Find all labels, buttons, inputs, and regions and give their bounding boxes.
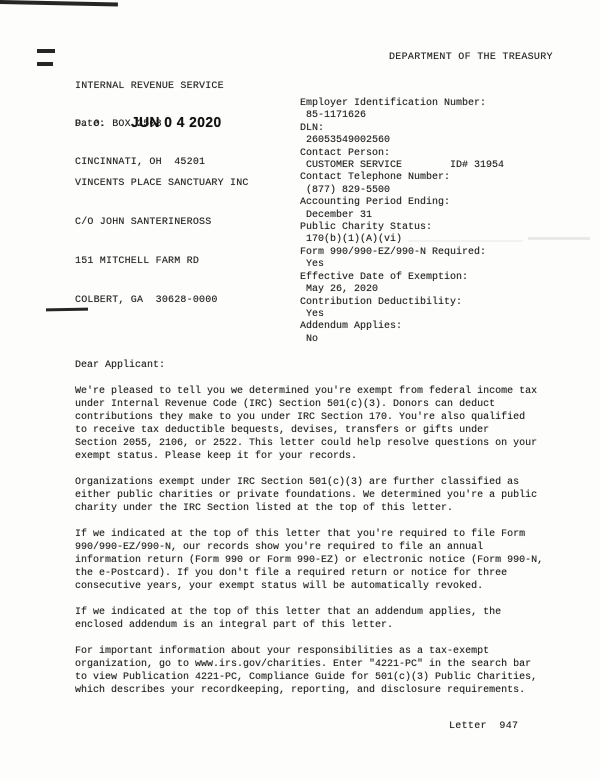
date-row: Date: JUN 0 4 2020: [75, 118, 230, 131]
info-field-contact-person: Contact Person: CUSTOMER SERVICEID# 3195…: [300, 148, 590, 173]
info-value: 85-1171626: [300, 110, 590, 122]
recipient-line: C/O JOHN SANTERINEROSS: [75, 216, 249, 229]
scan-artifact-dash: [37, 62, 53, 66]
info-label: Employer Identification Number:: [300, 98, 590, 110]
recipient-address: VINCENTS PLACE SANCTUARY INC C/O JOHN SA…: [75, 151, 249, 333]
info-field-form-990-required: Form 990/990-EZ/990-N Required: Yes: [300, 247, 590, 272]
info-label: Contact Person:: [300, 148, 590, 160]
info-label: Contribution Deductibility:: [300, 297, 590, 309]
department-title: DEPARTMENT OF THE TREASURY: [389, 52, 553, 63]
info-field-ein: Employer Identification Number: 85-11716…: [300, 98, 590, 123]
info-value: 26053549002560: [300, 135, 590, 147]
info-field-charity-status: Public Charity Status: 170(b)(1)(A)(vi): [300, 222, 590, 247]
letter-number: Letter 947: [449, 721, 518, 732]
info-label: Contact Telephone Number:: [300, 172, 590, 184]
info-label: DLN:: [300, 123, 590, 135]
info-label: Form 990/990-EZ/990-N Required:: [300, 247, 590, 259]
info-field-effective-date: Effective Date of Exemption: May 26, 202…: [300, 272, 590, 297]
info-value: No: [300, 334, 590, 346]
sender-line: INTERNAL REVENUE SERVICE: [75, 81, 224, 94]
info-field-accounting-period: Accounting Period Ending: December 31: [300, 197, 590, 222]
info-label: Accounting Period Ending:: [300, 197, 590, 209]
date-label: Date:: [75, 119, 105, 130]
info-label: Addendum Applies:: [300, 321, 590, 333]
scanned-letter-page: INTERNAL REVENUE SERVICE P. O. BOX 2508 …: [0, 0, 600, 780]
info-value: (877) 829-5500: [300, 185, 590, 197]
body-paragraph-classification: Organizations exempt under IRC Section 5…: [75, 476, 557, 515]
date-stamp: JUN 0 4 2020: [131, 114, 222, 131]
body-paragraph-exemption: We're pleased to tell you we determined …: [75, 385, 557, 463]
contact-person-value: CUSTOMER SERVICE: [306, 160, 402, 171]
salutation: Dear Applicant:: [75, 359, 557, 372]
info-value: December 31: [300, 210, 590, 222]
info-value: Yes: [300, 309, 590, 321]
body-paragraph-addendum: If we indicated at the top of this lette…: [75, 606, 557, 632]
info-column: Employer Identification Number: 85-11716…: [300, 98, 590, 346]
info-field-contribution-deductibility: Contribution Deductibility: Yes: [300, 297, 590, 322]
info-value: Yes: [300, 259, 590, 271]
info-value: CUSTOMER SERVICEID# 31954: [300, 160, 590, 172]
info-field-addendum-applies: Addendum Applies: No: [300, 321, 590, 346]
scan-artifact-dash: [37, 49, 55, 53]
recipient-line: COLBERT, GA 30628-0000: [75, 294, 249, 307]
info-value: 170(b)(1)(A)(vi): [300, 234, 590, 246]
info-label: Public Charity Status:: [300, 222, 590, 234]
info-field-dln: DLN: 26053549002560: [300, 123, 590, 148]
info-value: May 26, 2020: [300, 284, 590, 296]
scan-artifact-top-line: [0, 0, 118, 7]
contact-person-id: ID# 31954: [450, 160, 504, 172]
letter-body: Dear Applicant: We're pleased to tell yo…: [75, 359, 557, 710]
recipient-line: 151 MITCHELL FARM RD: [75, 255, 249, 268]
info-field-contact-phone: Contact Telephone Number: (877) 829-5500: [300, 172, 590, 197]
info-label: Effective Date of Exemption:: [300, 272, 590, 284]
body-paragraph-filing-requirements: If we indicated at the top of this lette…: [75, 528, 557, 593]
recipient-line: VINCENTS PLACE SANCTUARY INC: [75, 177, 249, 190]
body-paragraph-resources: For important information about your res…: [75, 645, 557, 697]
